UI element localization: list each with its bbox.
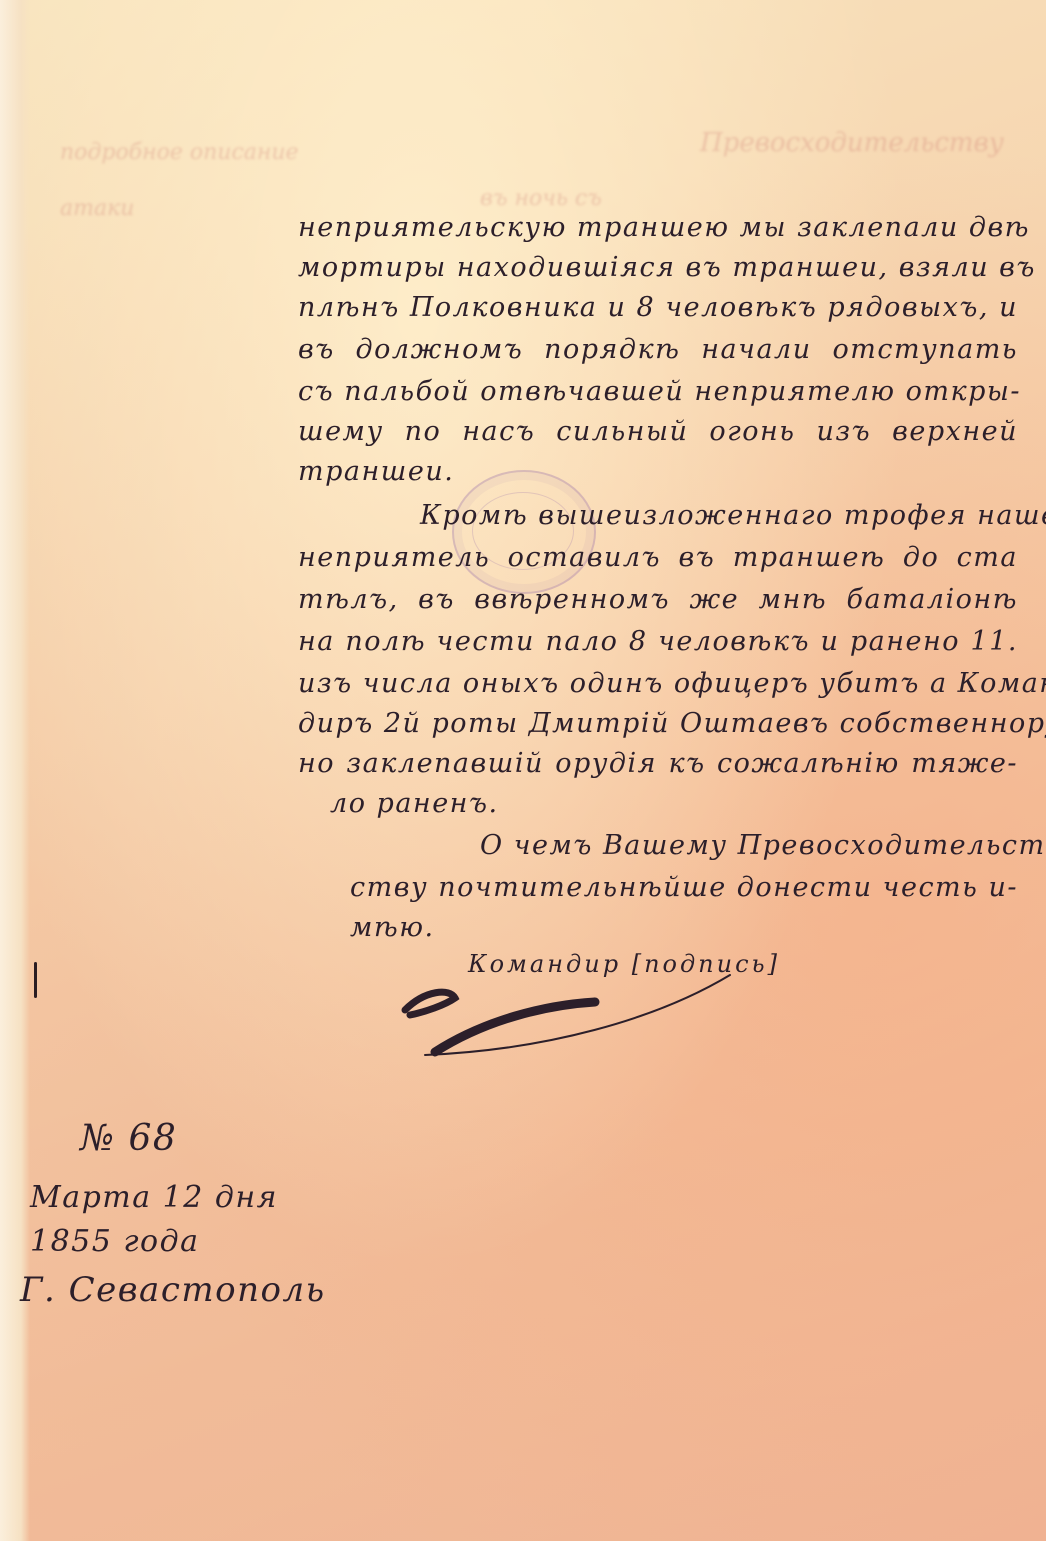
bleed-text: подробное описание: [60, 140, 299, 165]
closing-line: ству почтительнѣйше донести честь и-: [350, 872, 1018, 903]
body-line: тѣлъ, въ ввѣренномъ же мнѣ баталiонѣ: [298, 584, 1018, 615]
body-line: съ пальбой отвѣчавшей неприятелю откры-: [298, 376, 1018, 407]
body-line: въ должномъ порядкѣ начали отступать: [298, 334, 1018, 365]
bleed-text: Превосходительству: [700, 128, 1004, 158]
closing-line: мѣю.: [350, 912, 435, 943]
body-line: шему по насъ сильный огонь изъ верхней: [298, 416, 1018, 447]
official-stamp: [452, 470, 596, 594]
body-line: диръ 2й роты Дмитрiй Оштаевъ собственнор…: [298, 708, 1018, 739]
edge-ink-mark: [34, 962, 37, 998]
bleed-text: въ ночь съ: [480, 186, 602, 211]
body-line: но заклепавшiй орудiя къ сожалѣнiю тяже-: [298, 748, 1018, 779]
body-line: ло раненъ.: [330, 788, 499, 819]
body-line: изъ числа оныхъ одинъ офицеръ убитъ а Ко…: [298, 668, 1018, 699]
body-line: на полѣ чести пало 8 человѣкъ и ранено 1…: [298, 626, 1018, 657]
body-line: неприятельскую траншею мы заклепали двѣ: [298, 212, 1018, 243]
body-line: неприятель оставилъ въ траншеѣ до ста: [298, 542, 1018, 573]
body-line: Кромѣ вышеизложеннаго трофея нашего: [420, 500, 1018, 531]
body-line: траншеи.: [298, 456, 454, 487]
signature-flourish: [395, 960, 755, 1060]
body-line: плѣнъ Полковника и 8 человѣкъ рядовыхъ, …: [298, 292, 1018, 323]
closing-line: О чемъ Вашему Превосходительст-: [480, 830, 1018, 861]
document-place: Г. Севастополь: [20, 1270, 326, 1310]
document-year: 1855 года: [30, 1224, 200, 1259]
document-date: Марта 12 дня: [30, 1180, 278, 1215]
body-line: мортиры находившiяся въ траншеи, взяли в…: [298, 252, 1018, 283]
document-number: № 68: [80, 1118, 177, 1159]
bleed-text: атаки: [60, 196, 134, 221]
